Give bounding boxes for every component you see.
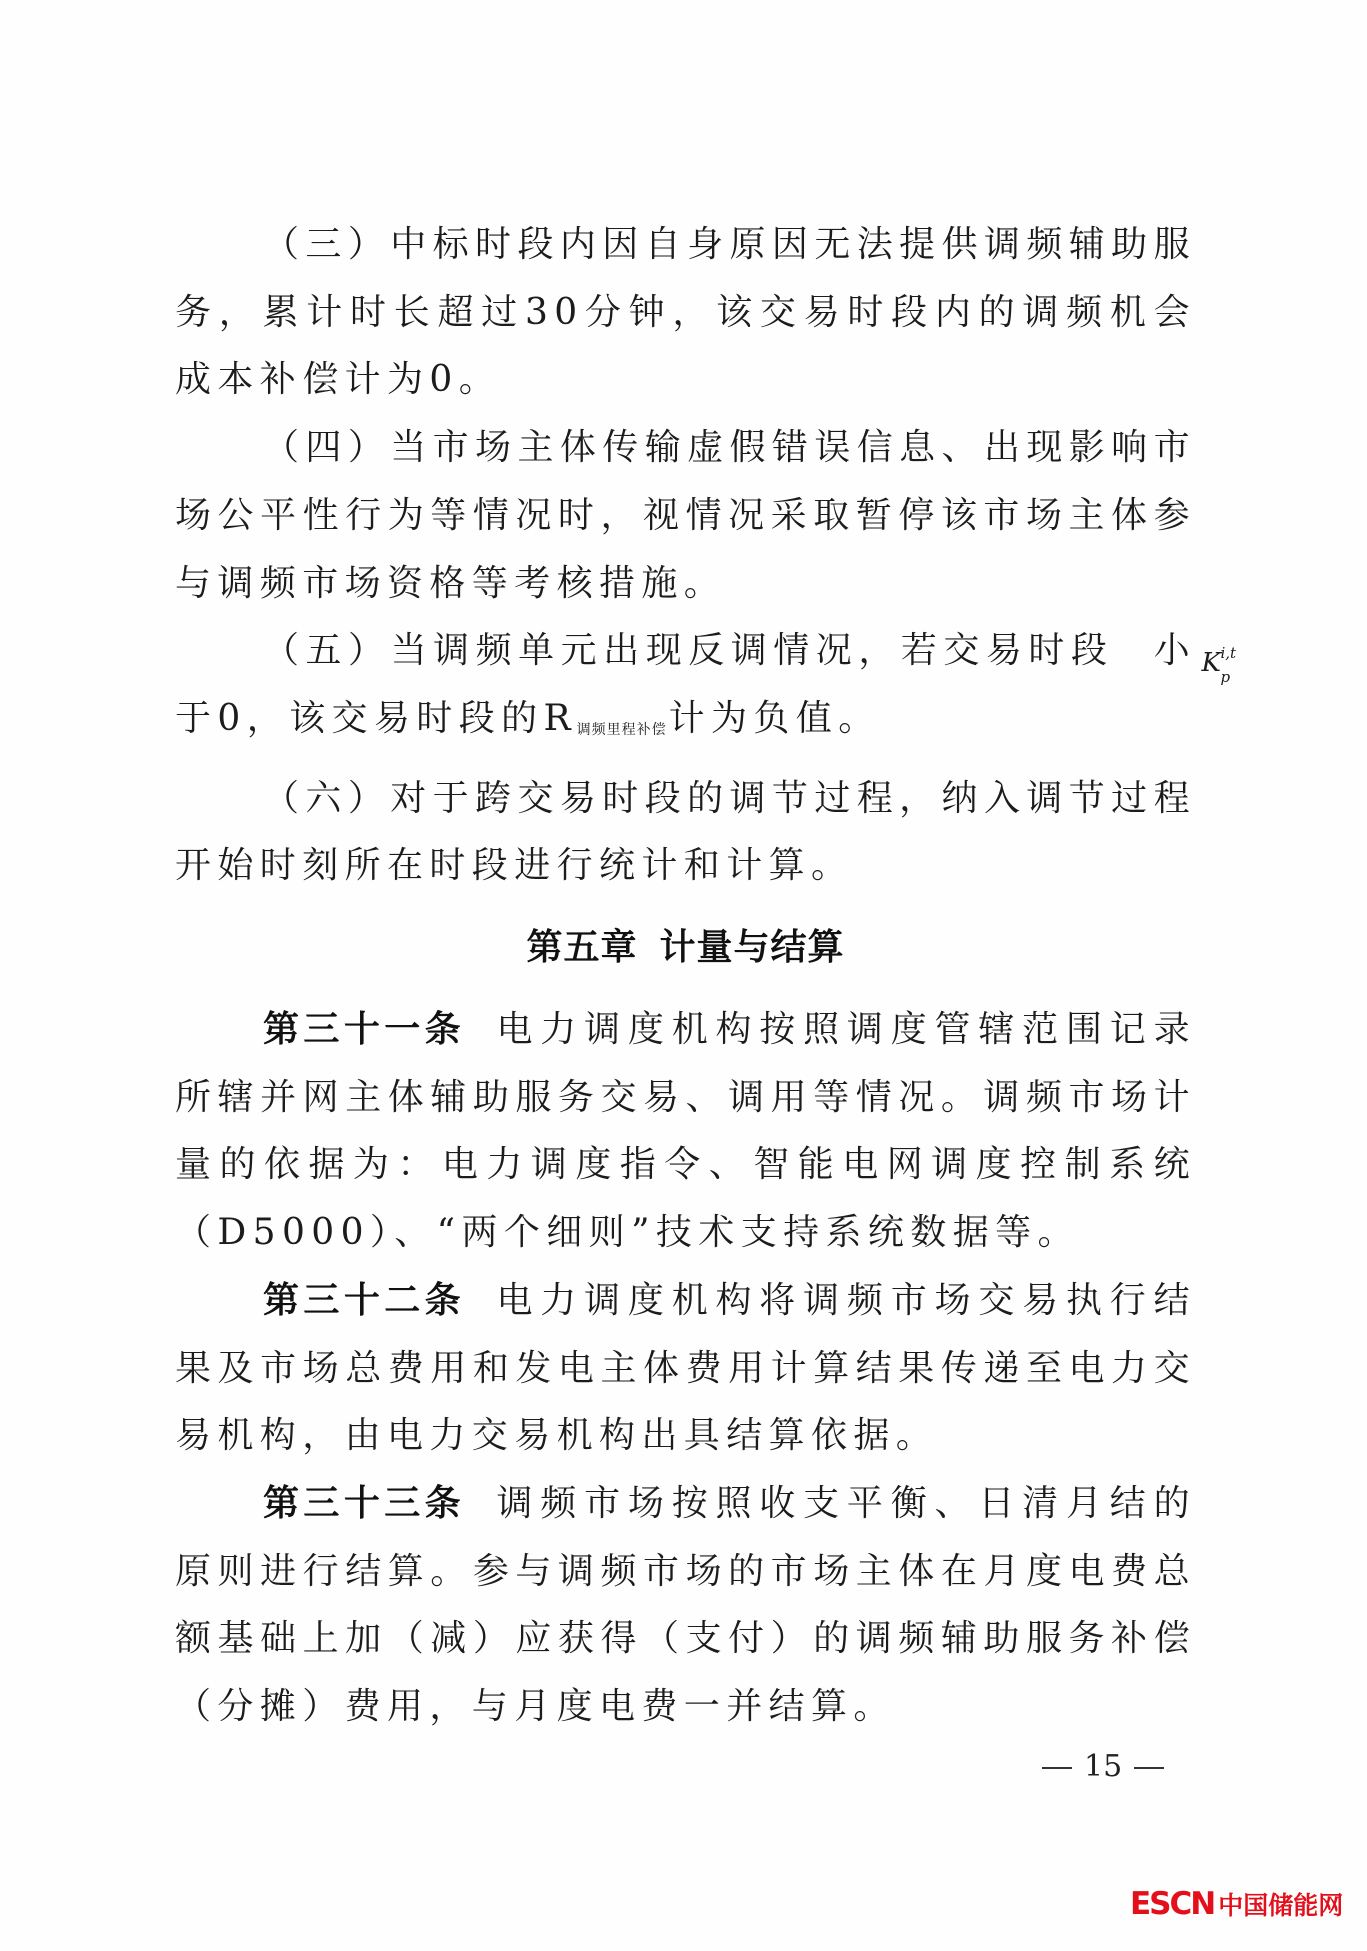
r-subscript: 调频里程补偿 bbox=[577, 722, 667, 738]
chapter-title: 计量与结算 bbox=[660, 927, 845, 968]
formula-subscript: p bbox=[1132, 644, 1230, 712]
document-page: （三）中标时段内因自身原因无法提供调频辅助服务，累计时长超过30分钟，该交易时段… bbox=[0, 0, 1367, 1951]
watermark-en: ESCN bbox=[1130, 1886, 1214, 1922]
watermark-cn: 中国储能网 bbox=[1218, 1891, 1343, 1920]
page-number: 15 bbox=[1030, 1745, 1170, 1789]
dash-left bbox=[1042, 1767, 1072, 1769]
r-symbol: R bbox=[544, 698, 571, 739]
clause-text-end: 计为负值。 bbox=[669, 698, 881, 739]
article-32: 第三十二条电力调度机构将调频市场交易执行结果及市场总费用和发电主体费用计算结果传… bbox=[175, 1267, 1196, 1470]
formula-k-p-it: Ki,tp bbox=[1113, 626, 1153, 666]
article-31: 第三十一条电力调度机构按照调度管辖范围记录所辖并网主体辅助服务交易、调用等情况。… bbox=[175, 996, 1196, 1267]
clause-label: （三） bbox=[263, 224, 390, 265]
clause-text-before-formula: 当调频单元出现反调情况，若交易时段 bbox=[391, 630, 1114, 671]
article-33: 第三十三条调频市场按照收支平衡、日清月结的原则进行结算。参与调频市场的市场主体在… bbox=[175, 1470, 1196, 1741]
clause-3: （三）中标时段内因自身原因无法提供调频辅助服务，累计时长超过30分钟，该交易时段… bbox=[175, 211, 1196, 414]
clause-label: （四） bbox=[263, 427, 390, 468]
clause-5: （五）当调频单元出现反调情况，若交易时段Ki,tp小于0，该交易时段的R调频里程… bbox=[175, 617, 1196, 764]
article-number: 第三十一条 bbox=[263, 1009, 465, 1050]
clause-label: （六） bbox=[263, 778, 390, 819]
article-number: 第三十三条 bbox=[263, 1483, 465, 1524]
clause-4: （四）当市场主体传输虚假错误信息、出现影响市场公平性行为等情况时，视情况采取暂停… bbox=[175, 414, 1196, 617]
article-number: 第三十二条 bbox=[263, 1280, 465, 1321]
chapter-heading: 第五章计量与结算 bbox=[175, 900, 1196, 996]
document-body: （三）中标时段内因自身原因无法提供调频辅助服务，累计时长超过30分钟，该交易时段… bbox=[175, 211, 1196, 1741]
dash-right bbox=[1134, 1767, 1164, 1769]
clause-6: （六）对于跨交易时段的调节过程，纳入调节过程开始时刻所在时段进行统计和计算。 bbox=[175, 765, 1196, 900]
clause-label: （五） bbox=[263, 630, 391, 671]
chapter-number: 第五章 bbox=[526, 927, 637, 968]
page-number-value: 15 bbox=[1084, 1749, 1122, 1784]
escn-watermark-logo: ESCN中国储能网 bbox=[1130, 1884, 1343, 1924]
